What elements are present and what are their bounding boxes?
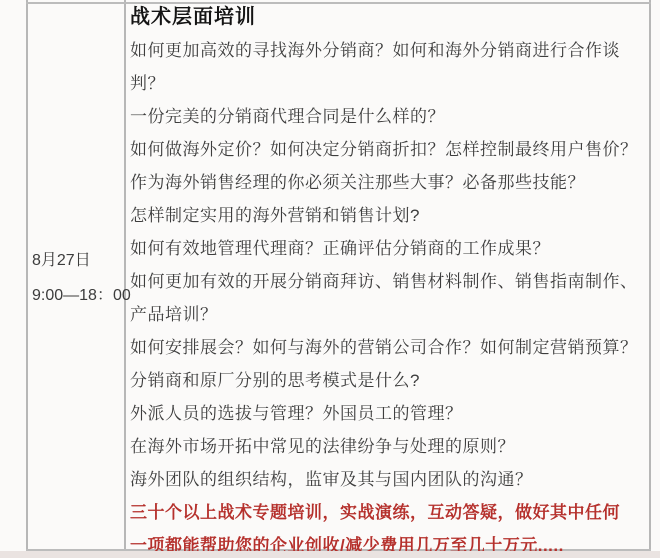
scan-edge-strip	[0, 551, 660, 558]
topic-line: 如何更加高效的寻找海外分销商？如何和海外分销商进行合作谈	[130, 34, 658, 67]
topic-line: 在海外市场开拓中常见的法律纷争与处理的原则？	[130, 430, 658, 463]
topic-line: 如何有效地管理代理商？正确评估分销商的工作成果？	[130, 232, 658, 265]
table-border-middle	[124, 0, 126, 552]
topic-line: 判？	[130, 67, 658, 100]
highlight-line: 三十个以上战术专题培训，实战演练，互动答疑，做好其中任何	[130, 496, 658, 529]
topic-line: 怎样制定实用的海外营销和销售计划?	[130, 199, 658, 232]
topic-line: 海外团队的组织结构，监审及其与国内团队的沟通？	[130, 463, 658, 496]
section-title: 战术层面培训	[130, 2, 658, 33]
topic-line: 如何安排展会？如何与海外的营销公司合作？如何制定营销预算？	[130, 331, 658, 364]
topic-line: 分销商和原厂分别的思考模式是什么?	[130, 364, 658, 397]
topic-line: 如何更加有效的开展分销商拜访、销售材料制作、销售指南制作、	[130, 265, 658, 298]
topic-line: 如何做海外定价？如何决定分销商折扣？怎样控制最终用户售价？	[130, 133, 658, 166]
time-text: 9:00—18：00	[32, 278, 122, 313]
training-schedule-table: 8月27日 9:00—18：00 战术层面培训 如何更加高效的寻找海外分销商？如…	[0, 0, 660, 558]
topic-line: 产品培训？	[130, 298, 658, 331]
content-cell: 战术层面培训 如何更加高效的寻找海外分销商？如何和海外分销商进行合作谈 判？ 一…	[130, 2, 658, 558]
topic-line: 作为海外销售经理的你必须关注那些大事？必备那些技能？	[130, 166, 658, 199]
table-border-left	[26, 0, 28, 552]
topic-line: 外派人员的选拔与管理？外国员工的管理？	[130, 397, 658, 430]
date-cell: 8月27日 9:00—18：00	[32, 243, 122, 313]
date-text: 8月27日	[32, 243, 122, 278]
topic-line: 一份完美的分销商代理合同是什么样的？	[130, 100, 658, 133]
topic-list: 如何更加高效的寻找海外分销商？如何和海外分销商进行合作谈 判？ 一份完美的分销商…	[130, 34, 658, 558]
